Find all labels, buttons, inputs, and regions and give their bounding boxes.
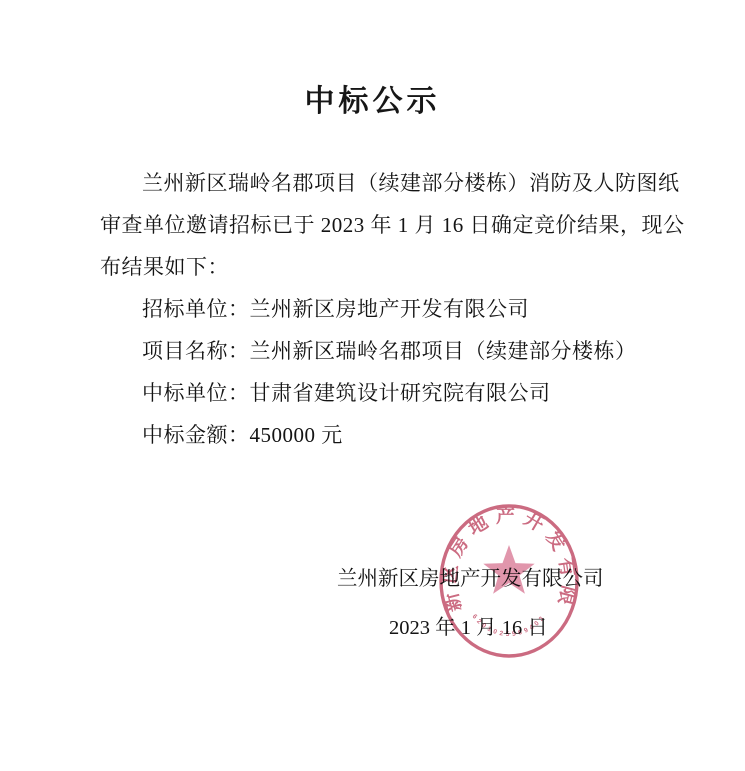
document-body: 兰州新区瑞岭名郡项目（续建部分楼栋）消防及人防图纸 审查单位邀请招标已于 202… bbox=[100, 170, 660, 464]
paragraph-line-2: 审查单位邀请招标已于 2023 年 1 月 16 日确定竞价结果，现公 bbox=[100, 212, 660, 254]
signature-block: 兰州新区房地产开发有限公司 2023 年 1 月 16 日 bbox=[337, 561, 604, 640]
paragraph-line-3: 布结果如下： bbox=[100, 254, 660, 296]
field-winning-amount: 中标金额：450000 元 bbox=[100, 422, 660, 464]
paragraph-line-1: 兰州新区瑞岭名郡项目（续建部分楼栋）消防及人防图纸 bbox=[100, 170, 660, 212]
page-title: 中标公示 bbox=[0, 76, 745, 120]
signature-date: 2023 年 1 月 16 日 bbox=[337, 610, 604, 640]
field-winning-unit: 中标单位：甘肃省建筑设计研究院有限公司 bbox=[100, 380, 660, 422]
field-label: 中标金额： bbox=[142, 423, 250, 447]
field-value: 甘肃省建筑设计研究院有限公司 bbox=[250, 381, 551, 405]
field-label: 招标单位： bbox=[142, 297, 250, 321]
field-label: 中标单位： bbox=[142, 381, 250, 405]
signature-company: 兰州新区房地产开发有限公司 bbox=[337, 561, 604, 591]
field-label: 项目名称： bbox=[142, 339, 250, 363]
field-value: 450000 元 bbox=[250, 423, 343, 447]
field-tender-unit: 招标单位：兰州新区房地产开发有限公司 bbox=[100, 296, 660, 338]
field-value: 兰州新区瑞岭名郡项目（续建部分楼栋） bbox=[250, 339, 637, 363]
field-value: 兰州新区房地产开发有限公司 bbox=[250, 297, 530, 321]
field-project-name: 项目名称：兰州新区瑞岭名郡项目（续建部分楼栋） bbox=[100, 338, 660, 380]
document-page: 中标公示 兰州新区瑞岭名郡项目（续建部分楼栋）消防及人防图纸 审查单位邀请招标已… bbox=[0, 0, 745, 771]
